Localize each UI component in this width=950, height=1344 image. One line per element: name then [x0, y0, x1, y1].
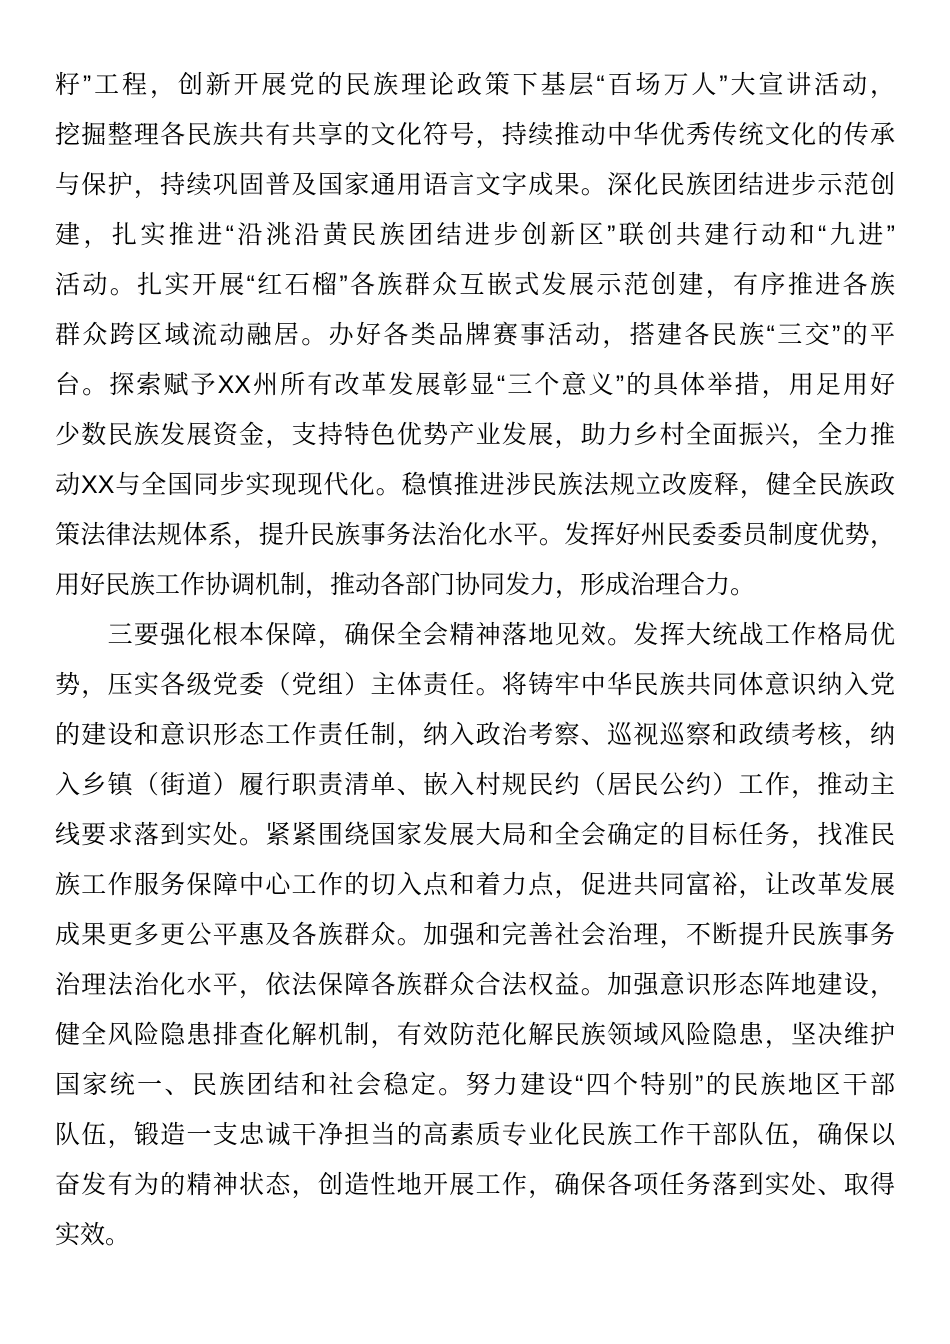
text-line: 台。探索赋予XX州所有改革发展彰显“三个意义”的具体举措，用足用好	[55, 360, 895, 410]
text-line: 用好民族工作协调机制，推动各部门协同发力，形成治理合力。	[55, 560, 895, 610]
text-line: 与保护，持续巩固普及国家通用语言文字成果。深化民族团结进步示范创	[55, 160, 895, 210]
text-line: 的建设和意识形态工作责任制，纳入政治考察、巡视巡察和政绩考核，纳	[55, 710, 895, 760]
text-line: 队伍，锻造一支忠诚干净担当的高素质专业化民族工作干部队伍，确保以	[55, 1110, 895, 1160]
document-body: 籽”工程，创新开展党的民族理论政策下基层“百场万人”大宣讲活动，挖掘整理各民族共…	[55, 60, 895, 1260]
text-line: 势，压实各级党委（党组）主体责任。将铸牢中华民族共同体意识纳入党	[55, 660, 895, 710]
text-line: 策法律法规体系，提升民族事务法治化水平。发挥好州民委委员制度优势，	[55, 510, 895, 560]
text-line: 实效。	[55, 1210, 895, 1260]
text-line: 少数民族发展资金，支持特色优势产业发展，助力乡村全面振兴，全力推	[55, 410, 895, 460]
text-line: 三要强化根本保障，确保全会精神落地见效。发挥大统战工作格局优	[55, 610, 895, 660]
text-line: 国家统一、民族团结和社会稳定。努力建设“四个特别”的民族地区干部	[55, 1060, 895, 1110]
text-line: 籽”工程，创新开展党的民族理论政策下基层“百场万人”大宣讲活动，	[55, 60, 895, 110]
text-line: 群众跨区域流动融居。办好各类品牌赛事活动，搭建各民族“三交”的平	[55, 310, 895, 360]
text-line: 活动。扎实开展“红石榴”各族群众互嵌式发展示范创建，有序推进各族	[55, 260, 895, 310]
document-page: 籽”工程，创新开展党的民族理论政策下基层“百场万人”大宣讲活动，挖掘整理各民族共…	[0, 0, 950, 1344]
paragraph: 籽”工程，创新开展党的民族理论政策下基层“百场万人”大宣讲活动，挖掘整理各民族共…	[55, 60, 895, 610]
text-line: 建，扎实推进“沿洮沿黄民族团结进步创新区”联创共建行动和“九进”	[55, 210, 895, 260]
text-line: 治理法治化水平，依法保障各族群众合法权益。加强意识形态阵地建设，	[55, 960, 895, 1010]
text-line: 入乡镇（街道）履行职责清单、嵌入村规民约（居民公约）工作，推动主	[55, 760, 895, 810]
paragraph: 三要强化根本保障，确保全会精神落地见效。发挥大统战工作格局优势，压实各级党委（党…	[55, 610, 895, 1260]
text-line: 线要求落到实处。紧紧围绕国家发展大局和全会确定的目标任务，找准民	[55, 810, 895, 860]
text-line: 动XX与全国同步实现现代化。稳慎推进涉民族法规立改废释，健全民族政	[55, 460, 895, 510]
text-line: 挖掘整理各民族共有共享的文化符号，持续推动中华优秀传统文化的传承	[55, 110, 895, 160]
text-line: 健全风险隐患排查化解机制，有效防范化解民族领域风险隐患，坚决维护	[55, 1010, 895, 1060]
text-line: 奋发有为的精神状态，创造性地开展工作，确保各项任务落到实处、取得	[55, 1160, 895, 1210]
text-line: 成果更多更公平惠及各族群众。加强和完善社会治理，不断提升民族事务	[55, 910, 895, 960]
text-line: 族工作服务保障中心工作的切入点和着力点，促进共同富裕，让改革发展	[55, 860, 895, 910]
